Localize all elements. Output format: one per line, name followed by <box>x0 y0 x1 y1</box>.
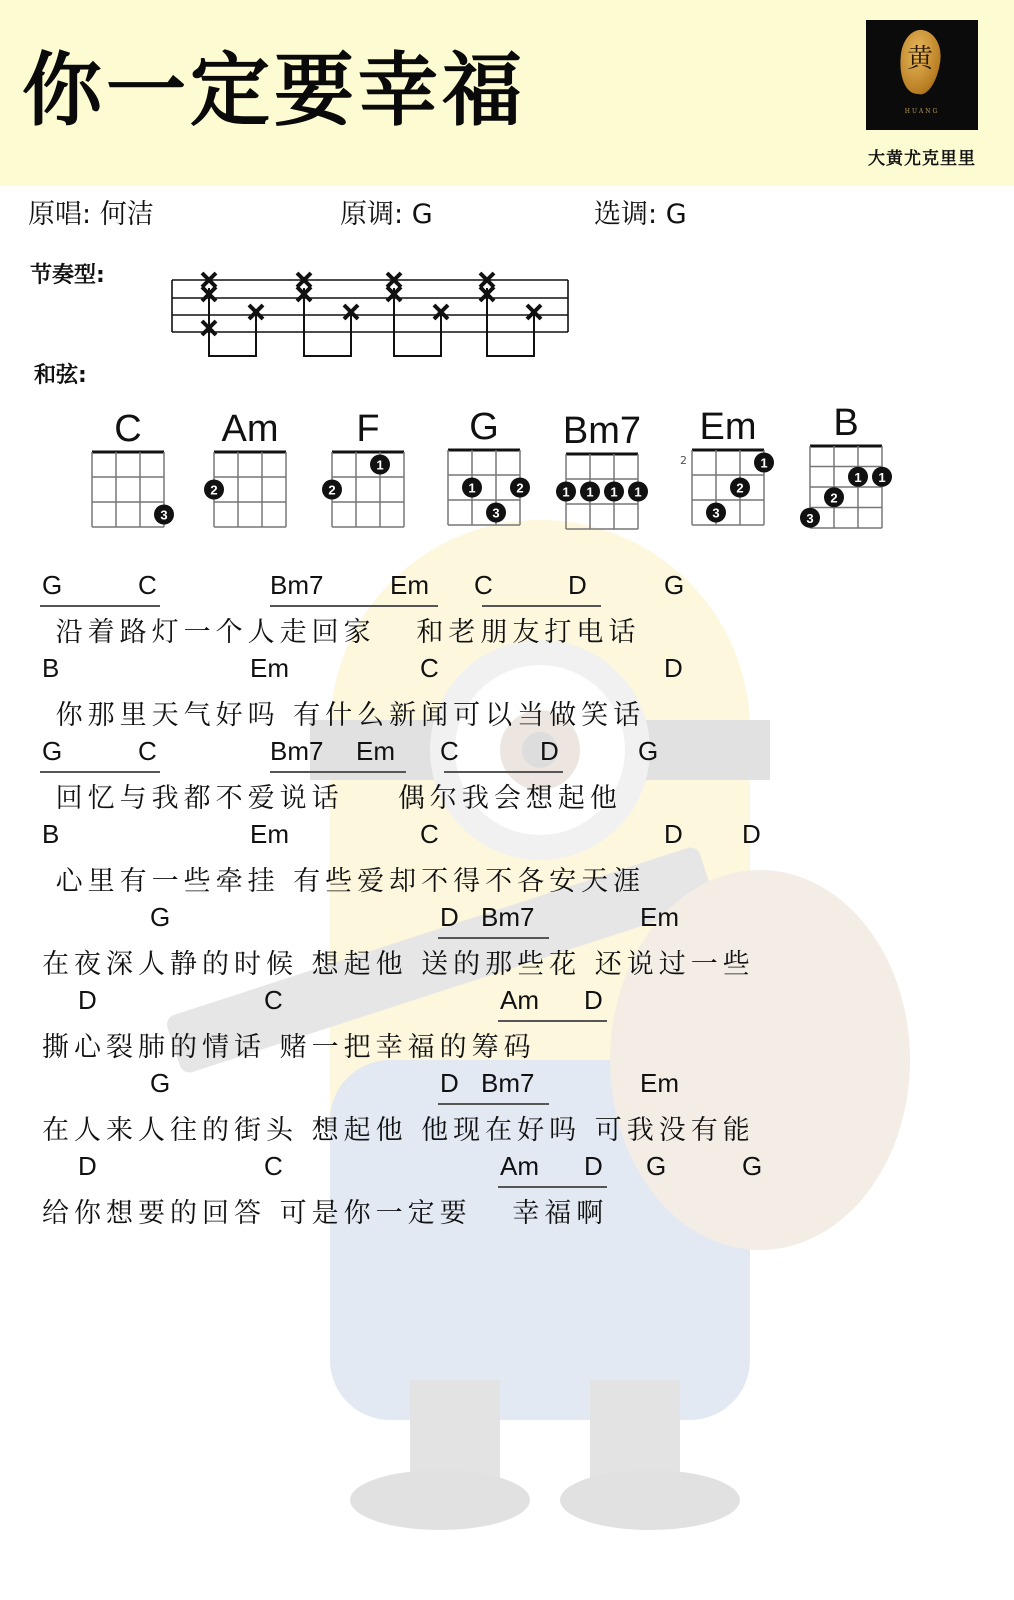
logo-glyph: 黄 <box>902 38 938 75</box>
lyric-line: 回忆与我都不爱说话 偶尔我会想起他 <box>42 776 622 815</box>
chord-symbol: G <box>42 736 62 767</box>
svg-text:2: 2 <box>516 481 523 496</box>
original-key-info: 原调: G <box>340 192 433 231</box>
chord-group-underline <box>482 605 601 607</box>
chord-symbol: D <box>540 736 559 767</box>
finger-dot: 3 <box>800 508 820 528</box>
svg-text:1: 1 <box>854 470 861 485</box>
svg-text:3: 3 <box>712 506 719 521</box>
finger-dot: 2 <box>204 480 224 500</box>
chord-symbol: D <box>584 1151 603 1182</box>
chord-symbol: Em <box>250 653 289 684</box>
chord-name: Bm7 <box>542 410 662 453</box>
lyric-line: 沿着路灯一个人走回家 和老朋友打电话 <box>42 610 640 649</box>
chosen-key-value: G <box>666 199 687 230</box>
singer-name: 何洁 <box>100 199 154 230</box>
rhythm-label: 节奏型: <box>30 258 105 289</box>
chord-symbol: D <box>664 819 683 850</box>
finger-dot: 2 <box>322 480 342 500</box>
lyric-line: 给你想要的回答 可是你一定要 幸福啊 <box>42 1191 608 1230</box>
chord-name: C <box>68 408 188 451</box>
svg-text:3: 3 <box>160 508 167 523</box>
rhythm-pattern-diagram <box>170 268 570 364</box>
chord-symbol: Em <box>390 570 429 601</box>
svg-text:2: 2 <box>736 481 743 496</box>
chord-name: F <box>308 408 428 451</box>
svg-text:2: 2 <box>328 483 335 498</box>
chord-symbol: G <box>150 902 170 933</box>
chord-symbol: B <box>42 653 59 684</box>
fretboard-grid: 123 <box>682 448 774 535</box>
fretboard-grid: 3 <box>82 450 174 537</box>
chord-symbol: Em <box>640 1068 679 1099</box>
svg-text:1: 1 <box>634 485 641 500</box>
chord-symbol: C <box>420 653 439 684</box>
chord-symbol: C <box>440 736 459 767</box>
chord-symbol: Bm7 <box>481 1068 534 1099</box>
finger-dot: 2 <box>730 478 750 498</box>
chord-symbol: D <box>440 1068 459 1099</box>
chord-symbol: D <box>664 653 683 684</box>
brand-caption: 大黄尤克里里 <box>852 144 992 169</box>
chord-symbol: Em <box>356 736 395 767</box>
chord-group-underline <box>498 1020 607 1022</box>
chord-symbol: C <box>138 570 157 601</box>
fretboard-grid: 123 <box>438 448 530 535</box>
finger-dot: 1 <box>754 453 774 473</box>
chord-symbol: D <box>584 985 603 1016</box>
finger-dot: 2 <box>824 487 844 507</box>
chord-group-underline <box>270 771 406 773</box>
chord-group-underline <box>40 605 160 607</box>
chord-symbol: C <box>420 819 439 850</box>
finger-dot: 3 <box>154 505 174 525</box>
chords-label: 和弦: <box>34 358 87 389</box>
svg-text:1: 1 <box>586 485 593 500</box>
chord-symbol: C <box>138 736 157 767</box>
chord-symbol: C <box>264 1151 283 1182</box>
chord-symbol: G <box>638 736 658 767</box>
chord-symbol: D <box>440 902 459 933</box>
finger-dot: 1 <box>628 482 648 502</box>
fretboard-grid: 2 <box>204 450 296 537</box>
chord-symbol: G <box>742 1151 762 1182</box>
svg-text:1: 1 <box>610 485 617 500</box>
chord-symbol: G <box>150 1068 170 1099</box>
logo-text: HUANG <box>866 108 978 115</box>
chord-symbol: D <box>78 985 97 1016</box>
brand-logo: 黄 HUANG <box>866 20 978 130</box>
finger-dot: 3 <box>486 503 506 523</box>
chord-group-underline <box>438 1103 549 1105</box>
chord-symbol: G <box>646 1151 666 1182</box>
finger-dot: 1 <box>370 455 390 475</box>
chord-group-underline <box>270 605 438 607</box>
finger-dot: 2 <box>510 478 530 498</box>
chord-symbol: Bm7 <box>270 736 323 767</box>
svg-text:3: 3 <box>806 511 813 526</box>
chord-group-underline <box>438 937 549 939</box>
lyric-line: 撕心裂肺的情话 赌一把幸福的筹码 <box>42 1025 536 1064</box>
svg-text:1: 1 <box>468 481 475 496</box>
svg-text:3: 3 <box>492 506 499 521</box>
singer-info: 原唱: 何洁 <box>28 192 154 231</box>
chord-symbol: D <box>568 570 587 601</box>
svg-text:1: 1 <box>760 456 767 471</box>
chord-symbol: D <box>78 1151 97 1182</box>
chord-symbol: Bm7 <box>481 902 534 933</box>
svg-text:1: 1 <box>878 470 885 485</box>
lyric-line: 在人来人往的街头 想起他 他现在好吗 可我没有能 <box>42 1108 755 1147</box>
chord-symbol: Em <box>640 902 679 933</box>
chord-group-underline <box>40 771 160 773</box>
chord-symbol: C <box>474 570 493 601</box>
chosen-key-label: 选调: <box>594 199 657 230</box>
chord-symbol: Am <box>500 1151 539 1182</box>
lyric-line: 在夜深人静的时候 想起他 送的那些花 还说过一些 <box>42 942 755 981</box>
chord-symbol: Bm7 <box>270 570 323 601</box>
original-key-label: 原调: <box>340 199 403 230</box>
chord-name: Am <box>190 408 310 451</box>
finger-dot: 1 <box>848 467 868 487</box>
original-key-value: G <box>412 199 433 230</box>
svg-text:1: 1 <box>376 458 383 473</box>
fretboard-grid: 1123 <box>800 444 892 538</box>
svg-text:2: 2 <box>830 490 837 505</box>
chord-symbol: Am <box>500 985 539 1016</box>
fretboard-grid: 12 <box>322 450 414 537</box>
header-banner: 你一定要幸福 黄 HUANG 大黄尤克里里 <box>0 0 1014 186</box>
chord-name: B <box>786 402 906 445</box>
chord-group-underline <box>498 1186 607 1188</box>
finger-dot: 3 <box>706 503 726 523</box>
finger-dot: 1 <box>556 482 576 502</box>
song-title: 你一定要幸福 <box>22 40 526 140</box>
finger-dot: 1 <box>604 482 624 502</box>
chord-symbol: C <box>264 985 283 1016</box>
chord-symbol: B <box>42 819 59 850</box>
chord-symbol: G <box>664 570 684 601</box>
chord-name: G <box>424 406 544 449</box>
chord-symbol: Em <box>250 819 289 850</box>
finger-dot: 1 <box>872 467 892 487</box>
fretboard-grid: 1111 <box>556 452 648 539</box>
chord-symbol: G <box>42 570 62 601</box>
svg-text:2: 2 <box>210 483 217 498</box>
singer-label: 原唱: <box>28 199 91 230</box>
chord-name: Em <box>668 406 788 449</box>
chord-group-underline <box>444 771 563 773</box>
finger-dot: 1 <box>462 478 482 498</box>
chord-symbol: D <box>742 819 761 850</box>
svg-text:1: 1 <box>562 485 569 500</box>
chosen-key-info: 选调: G <box>594 192 687 231</box>
finger-dot: 1 <box>580 482 600 502</box>
lyric-line: 你那里天气好吗 有什么新闻可以当做笑话 <box>42 693 645 732</box>
lyric-line: 心里有一些牵挂 有些爱却不得不各安天涯 <box>42 859 645 898</box>
